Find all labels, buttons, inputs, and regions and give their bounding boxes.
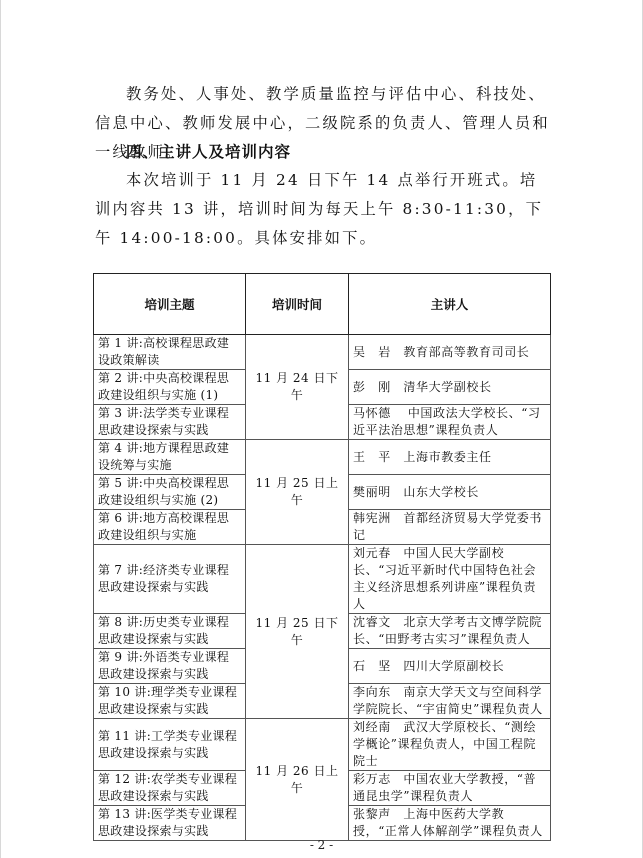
table-row: 第 11 讲:工学类专业课程思政建设探索与实践 11 月 26 日上午 刘经南 … <box>94 719 551 771</box>
page-edge-left <box>0 0 1 858</box>
table-row: 第 4 讲:地方课程思政建设统筹与实施 11 月 25 日上午 王 平 上海市教… <box>94 440 551 475</box>
topic-cell: 第 6 讲:地方高校课程思政建设组织与实施 <box>94 510 246 545</box>
topic-cell: 第 4 讲:地方课程思政建设统筹与实施 <box>94 440 246 475</box>
speaker-cell: 樊丽明 山东大学校长 <box>349 475 551 510</box>
topic-cell: 第 5 讲:中央高校课程思政建设组织与实施 (2) <box>94 475 246 510</box>
topic-cell: 第 7 讲:经济类专业课程思政建设探索与实践 <box>94 545 246 614</box>
page-number: - 2 - <box>0 838 643 852</box>
time-cell: 11 月 24 日下午 <box>246 335 349 440</box>
topic-cell: 第 13 讲:医学类专业课程思政建设探索与实践 <box>94 806 246 841</box>
table-row: 第 7 讲:经济类专业课程思政建设探索与实践 11 月 25 日下午 刘元春 中… <box>94 545 551 614</box>
topic-cell: 第 2 讲:中央高校课程思政建设组织与实施 (1) <box>94 370 246 405</box>
table-header-row: 培训主题 培训时间 主讲人 <box>94 274 551 335</box>
speaker-cell: 吴 岩 教育部高等教育司司长 <box>349 335 551 370</box>
section-heading: 四、主讲人及培训内容 <box>126 140 291 162</box>
time-cell: 11 月 25 日上午 <box>246 440 349 545</box>
speaker-cell: 沈睿文 北京大学考古文博学院院长、“田野考古实习”课程负责人 <box>349 614 551 649</box>
topic-cell: 第 9 讲:外语类专业课程思政建设探索与实践 <box>94 649 246 684</box>
speaker-cell: 刘经南 武汉大学原校长、“测绘学概论”课程负责人，中国工程院院士 <box>349 719 551 771</box>
header-topic: 培训主题 <box>94 274 246 335</box>
time-cell: 11 月 26 日上午 <box>246 719 349 841</box>
speaker-cell: 彩万志 中国农业大学教授，“普通昆虫学”课程负责人 <box>349 771 551 806</box>
speaker-cell: 石 坚 四川大学原副校长 <box>349 649 551 684</box>
speaker-cell: 马怀德 中国政法大学校长、“习近平法治思想”课程负责人 <box>349 405 551 440</box>
topic-cell: 第 3 讲:法学类专业课程思政建设探索与实践 <box>94 405 246 440</box>
header-time: 培训时间 <box>246 274 349 335</box>
topic-cell: 第 8 讲:历史类专业课程思政建设探索与实践 <box>94 614 246 649</box>
time-cell: 11 月 25 日下午 <box>246 545 349 719</box>
speaker-cell: 王 平 上海市教委主任 <box>349 440 551 475</box>
header-speaker: 主讲人 <box>349 274 551 335</box>
topic-cell: 第 10 讲:理学类专业课程思政建设探索与实践 <box>94 684 246 719</box>
speaker-cell: 李向东 南京大学天文与空间科学学院院长、“宇宙简史”课程负责人 <box>349 684 551 719</box>
speaker-cell: 彭 刚 清华大学副校长 <box>349 370 551 405</box>
speaker-cell: 张黎声 上海中医药大学教授，“正常人体解剖学”课程负责人 <box>349 806 551 841</box>
table-row: 第 1 讲:高校课程思政建设政策解读 11 月 24 日下午 吴 岩 教育部高等… <box>94 335 551 370</box>
schedule-intro-paragraph: 本次培训于 11 月 24 日下午 14 点举行开班式。培训内容共 13 讲，培… <box>95 166 553 253</box>
topic-cell: 第 11 讲:工学类专业课程思政建设探索与实践 <box>94 719 246 771</box>
speaker-cell: 刘元春 中国人民大学副校长、“习近平新时代中国特色社会主义经济思想系列讲座”课程… <box>349 545 551 614</box>
speaker-cell: 韩宪洲 首都经济贸易大学党委书记 <box>349 510 551 545</box>
topic-cell: 第 12 讲:农学类专业课程思政建设探索与实践 <box>94 771 246 806</box>
topic-cell: 第 1 讲:高校课程思政建设政策解读 <box>94 335 246 370</box>
training-schedule-table: 培训主题 培训时间 主讲人 第 1 讲:高校课程思政建设政策解读 11 月 24… <box>93 273 551 841</box>
